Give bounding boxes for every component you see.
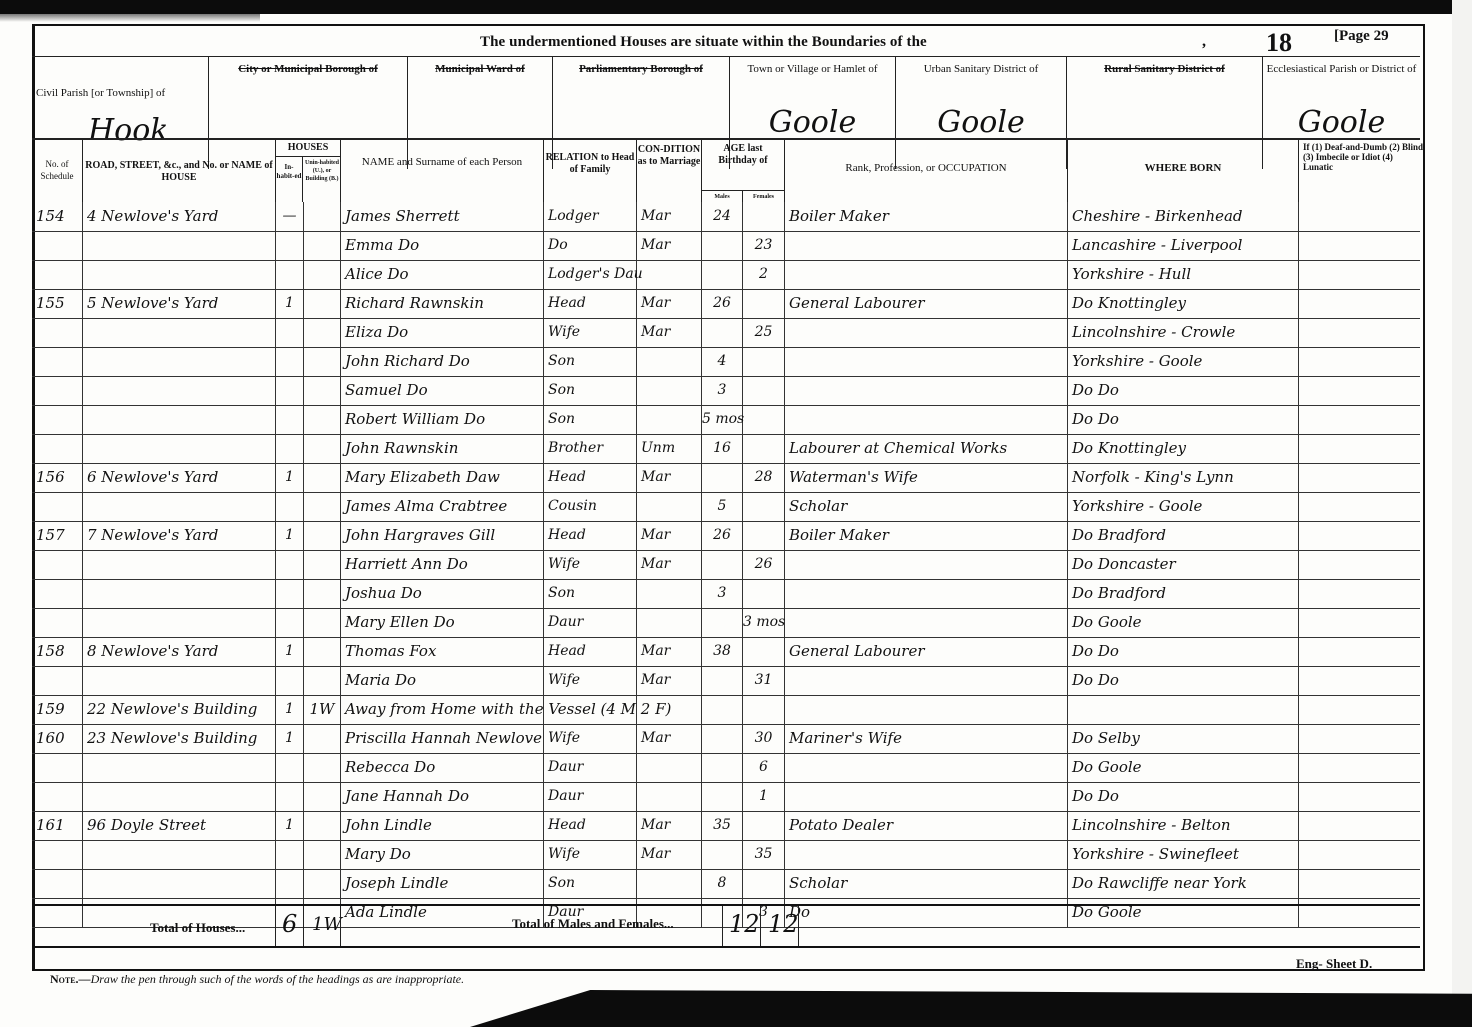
cell-infirmity: [1299, 608, 1420, 637]
cell-birthplace: Yorkshire - Goole: [1068, 492, 1299, 521]
census-enumeration-sheet: The undermentioned Houses are situate wi…: [32, 24, 1422, 974]
cell-relation: Lodger's Dau: [544, 260, 637, 289]
page-number: [Page 29: [1334, 28, 1389, 45]
cell-address: 23 Newlove's Building: [83, 724, 276, 753]
cell-inhabited: [276, 579, 304, 608]
cell-uninhabited: [304, 608, 341, 637]
table-row: 16196 Doyle Street1John LindleHeadMar35P…: [32, 811, 1420, 841]
cell-inhabited: [276, 608, 304, 637]
cell-occupation: [785, 376, 1068, 405]
cell-uninhabited: [304, 318, 341, 347]
cell-name: Mary Do: [341, 840, 544, 869]
cell-schedule: [32, 753, 83, 782]
cell-address: 5 Newlove's Yard: [83, 289, 276, 318]
cell-schedule: [32, 550, 83, 579]
cell-uninhabited: [304, 753, 341, 782]
cell-inhabited: [276, 231, 304, 260]
cell-inhabited: [276, 840, 304, 869]
cell-female-age: 28: [743, 463, 785, 492]
cell-name: James Alma Crabtree: [341, 492, 544, 521]
cell-condition: Mar: [637, 202, 702, 231]
cell-inhabited: [276, 376, 304, 405]
cell-schedule: [32, 840, 83, 869]
cell-condition: Mar: [637, 231, 702, 260]
cell-uninhabited: [304, 347, 341, 376]
cell-address: [83, 579, 276, 608]
cell-name: Alice Do: [341, 260, 544, 289]
cell-inhabited: 1: [276, 811, 304, 840]
cell-inhabited: [276, 782, 304, 811]
total-inhabited: 6: [282, 910, 297, 938]
cell-relation: Son: [544, 579, 637, 608]
cell-schedule: [32, 579, 83, 608]
cell-condition: Mar: [637, 550, 702, 579]
cell-female-age: 31: [743, 666, 785, 695]
cell-infirmity: [1299, 637, 1420, 666]
cell-address: [83, 753, 276, 782]
cell-female-age: 3 mos: [743, 608, 785, 637]
cell-condition: Mar: [637, 318, 702, 347]
col-header-houses: HOUSES In-habit-ed Unin-habited (U.), or…: [276, 140, 341, 202]
cell-uninhabited: [304, 260, 341, 289]
cell-occupation: [785, 695, 1068, 724]
cell-birthplace: Do Goole: [1068, 753, 1299, 782]
cell-occupation: [785, 840, 1068, 869]
total-females: 12: [768, 910, 799, 938]
table-row: 1566 Newlove's Yard1Mary Elizabeth DawHe…: [32, 463, 1420, 493]
table-row: Emma DoDoMar23Lancashire - Liverpool: [32, 231, 1420, 261]
cell-uninhabited: [304, 811, 341, 840]
cell-birthplace: Do Doncaster: [1068, 550, 1299, 579]
cell-infirmity: [1299, 405, 1420, 434]
boundary-label: Ecclesiastical Parish or District of: [1263, 63, 1420, 76]
cell-male-age: [702, 318, 743, 347]
cell-occupation: [785, 579, 1068, 608]
cell-address: [83, 231, 276, 260]
cell-relation: Son: [544, 347, 637, 376]
cell-birthplace: Lancashire - Liverpool: [1068, 231, 1299, 260]
cell-name: John Lindle: [341, 811, 544, 840]
cell-birthplace: Lincolnshire - Belton: [1068, 811, 1299, 840]
cell-name: Jane Hannah Do: [341, 782, 544, 811]
cell-relation: Son: [544, 376, 637, 405]
cell-uninhabited: [304, 666, 341, 695]
cell-female-age: 6: [743, 753, 785, 782]
cell-schedule: 156: [32, 463, 83, 492]
cell-birthplace: Do Selby: [1068, 724, 1299, 753]
cell-inhabited: [276, 434, 304, 463]
table-row: Rebecca DoDaur6Do Goole: [32, 753, 1420, 783]
cell-male-age: 16: [702, 434, 743, 463]
cell-male-age: 5: [702, 492, 743, 521]
cell-address: [83, 434, 276, 463]
cell-address: [83, 550, 276, 579]
scan-bottom-edge: [470, 990, 1472, 1027]
cell-male-age: 24: [702, 202, 743, 231]
cell-uninhabited: [304, 724, 341, 753]
cell-infirmity: [1299, 231, 1420, 260]
cell-male-age: [702, 463, 743, 492]
cell-occupation: Labourer at Chemical Works: [785, 434, 1068, 463]
cell-female-age: 1: [743, 782, 785, 811]
cell-condition: [637, 492, 702, 521]
cell-name: John Richard Do: [341, 347, 544, 376]
cell-address: [83, 666, 276, 695]
total-persons-label: Total of Males and Females...: [512, 916, 674, 932]
cell-name: Richard Rawnskin: [341, 289, 544, 318]
cell-address: 8 Newlove's Yard: [83, 637, 276, 666]
cell-uninhabited: [304, 463, 341, 492]
cell-address: [83, 318, 276, 347]
cell-birthplace: Do Do: [1068, 782, 1299, 811]
table-row: Joseph LindleSon8ScholarDo Rawcliffe nea…: [32, 869, 1420, 899]
cell-relation: Head: [544, 811, 637, 840]
cell-male-age: [702, 840, 743, 869]
cell-name: Robert William Do: [341, 405, 544, 434]
cell-male-age: [702, 753, 743, 782]
cell-name: Joseph Lindle: [341, 869, 544, 898]
cell-male-age: 8: [702, 869, 743, 898]
cell-inhabited: 1: [276, 463, 304, 492]
col-header-infirmity: If (1) Deaf-and-Dumb (2) Blind (3) Imbec…: [1299, 140, 1424, 200]
table-row: Mary DoWifeMar35Yorkshire - Swinefleet: [32, 840, 1420, 870]
cell-male-age: 26: [702, 289, 743, 318]
cell-name: John Hargraves Gill: [341, 521, 544, 550]
cell-name: Samuel Do: [341, 376, 544, 405]
col-header-schedule: No. of Schedule: [32, 140, 83, 202]
cell-female-age: [743, 811, 785, 840]
cell-inhabited: 1: [276, 289, 304, 318]
cell-infirmity: [1299, 782, 1420, 811]
cell-schedule: [32, 405, 83, 434]
cell-male-age: 4: [702, 347, 743, 376]
cell-condition: [637, 405, 702, 434]
cell-birthplace: Yorkshire - Goole: [1068, 347, 1299, 376]
cell-female-age: [743, 637, 785, 666]
table-row: Joshua DoSon3Do Bradford: [32, 579, 1420, 609]
banner-comma: ,: [1202, 33, 1206, 51]
cell-inhabited: [276, 869, 304, 898]
cell-infirmity: [1299, 318, 1420, 347]
cell-condition: [637, 579, 702, 608]
cell-female-age: 35: [743, 840, 785, 869]
table-row: Harriett Ann DoWifeMar26Do Doncaster: [32, 550, 1420, 580]
totals-row: Total of Houses... 6 1W Total of Males a…: [32, 904, 1420, 948]
footnote: Note.—Draw the pen through such of the w…: [50, 972, 464, 987]
cell-address: [83, 608, 276, 637]
cell-occupation: Boiler Maker: [785, 521, 1068, 550]
cell-occupation: [785, 666, 1068, 695]
cell-relation: Wife: [544, 666, 637, 695]
cell-relation: Head: [544, 521, 637, 550]
cell-address: [83, 869, 276, 898]
cell-name: Joshua Do: [341, 579, 544, 608]
cell-schedule: [32, 782, 83, 811]
cell-occupation: [785, 347, 1068, 376]
cell-uninhabited: [304, 579, 341, 608]
cell-condition: [637, 869, 702, 898]
col-header-birthplace: WHERE BORN: [1068, 140, 1299, 202]
cell-birthplace: Do Goole: [1068, 608, 1299, 637]
cell-uninhabited: [304, 550, 341, 579]
cell-name: Rebecca Do: [341, 753, 544, 782]
cell-infirmity: [1299, 666, 1420, 695]
cell-condition: Mar: [637, 724, 702, 753]
cell-infirmity: [1299, 550, 1420, 579]
cell-condition: Mar: [637, 289, 702, 318]
cell-infirmity: [1299, 811, 1420, 840]
cell-infirmity: [1299, 463, 1420, 492]
cell-address: [83, 347, 276, 376]
cell-inhabited: [276, 550, 304, 579]
folio-number: 18: [1266, 28, 1292, 58]
sheet-designation: Eng- Sheet D.: [1296, 956, 1372, 972]
cell-birthplace: [1068, 695, 1299, 724]
cell-male-age: [702, 608, 743, 637]
table-row: Mary Ellen DoDaur3 mosDo Goole: [32, 608, 1420, 638]
boundary-label: Rural Sanitary District of: [1067, 63, 1262, 76]
cell-uninhabited: [304, 202, 341, 231]
cell-infirmity: [1299, 695, 1420, 724]
boundary-value: Goole: [1263, 105, 1420, 140]
cell-name: Away from Home with the Vessel (4 M 2 F): [341, 695, 544, 724]
cell-birthplace: Do Bradford: [1068, 521, 1299, 550]
cell-female-age: [743, 492, 785, 521]
cell-schedule: [32, 231, 83, 260]
cell-occupation: Boiler Maker: [785, 202, 1068, 231]
cell-infirmity: [1299, 492, 1420, 521]
cell-condition: Unm: [637, 434, 702, 463]
cell-address: [83, 782, 276, 811]
cell-relation: Lodger: [544, 202, 637, 231]
col-header-age: AGE last Birthday of Males Females: [702, 140, 785, 202]
table-row: 1588 Newlove's Yard1Thomas FoxHeadMar38G…: [32, 637, 1420, 667]
cell-birthplace: Yorkshire - Swinefleet: [1068, 840, 1299, 869]
cell-occupation: [785, 608, 1068, 637]
cell-condition: Mar: [637, 637, 702, 666]
boundary-label: Town or Village or Hamlet of: [730, 63, 895, 76]
cell-occupation: [785, 260, 1068, 289]
cell-inhabited: 1: [276, 695, 304, 724]
table-row: Jane Hannah DoDaur1Do Do: [32, 782, 1420, 812]
cell-occupation: Potato Dealer: [785, 811, 1068, 840]
cell-female-age: 26: [743, 550, 785, 579]
cell-male-age: [702, 695, 743, 724]
cell-schedule: 157: [32, 521, 83, 550]
cell-male-age: [702, 782, 743, 811]
cell-address: 7 Newlove's Yard: [83, 521, 276, 550]
cell-schedule: [32, 666, 83, 695]
cell-name: Mary Elizabeth Daw: [341, 463, 544, 492]
cell-infirmity: [1299, 579, 1420, 608]
banner-title: The undermentioned Houses are situate wi…: [480, 34, 927, 51]
cell-relation: Son: [544, 405, 637, 434]
cell-name: Eliza Do: [341, 318, 544, 347]
cell-relation: Head: [544, 463, 637, 492]
cell-uninhabited: [304, 782, 341, 811]
cell-relation: Wife: [544, 318, 637, 347]
cell-occupation: Scholar: [785, 869, 1068, 898]
cell-male-age: [702, 550, 743, 579]
cell-birthplace: Do Knottingley: [1068, 289, 1299, 318]
cell-female-age: 23: [743, 231, 785, 260]
cell-relation: Wife: [544, 840, 637, 869]
cell-occupation: [785, 231, 1068, 260]
boundary-label: City or Municipal Borough of: [209, 63, 407, 76]
cell-condition: [637, 260, 702, 289]
cell-address: 22 Newlove's Building: [83, 695, 276, 724]
col-header-uninhabited: Unin-habited (U.), or Building (B.): [304, 157, 340, 202]
cell-name: John Rawnskin: [341, 434, 544, 463]
scan-right-margin: [1452, 0, 1472, 1027]
cell-female-age: [743, 202, 785, 231]
cell-male-age: [702, 724, 743, 753]
cell-occupation: Waterman's Wife: [785, 463, 1068, 492]
boundary-label: Civil Parish [or Township] of: [32, 87, 208, 100]
cell-female-age: 25: [743, 318, 785, 347]
col-header-condition: CON-DITION as to Marriage: [637, 140, 702, 202]
col-header-inhabited: In-habit-ed: [276, 157, 303, 202]
cell-infirmity: [1299, 260, 1420, 289]
sheet-banner: The undermentioned Houses are situate wi…: [32, 24, 1420, 57]
cell-inhabited: —: [276, 202, 304, 231]
cell-condition: Mar: [637, 666, 702, 695]
cell-schedule: 160: [32, 724, 83, 753]
cell-name: Maria Do: [341, 666, 544, 695]
cell-address: [83, 492, 276, 521]
cell-infirmity: [1299, 376, 1420, 405]
cell-uninhabited: [304, 434, 341, 463]
scan-top-shadow: [0, 14, 260, 22]
cell-uninhabited: [304, 521, 341, 550]
cell-uninhabited: [304, 289, 341, 318]
cell-inhabited: 1: [276, 637, 304, 666]
cell-name: Emma Do: [341, 231, 544, 260]
cell-female-age: [743, 579, 785, 608]
table-row: Alice DoLodger's Dau2Yorkshire - Hull: [32, 260, 1420, 290]
cell-inhabited: 1: [276, 724, 304, 753]
cell-condition: Mar: [637, 811, 702, 840]
cell-schedule: [32, 492, 83, 521]
cell-occupation: Scholar: [785, 492, 1068, 521]
cell-infirmity: [1299, 347, 1420, 376]
cell-uninhabited: [304, 231, 341, 260]
cell-name: James Sherrett: [341, 202, 544, 231]
boundary-label: Urban Sanitary District of: [896, 63, 1066, 76]
cell-female-age: [743, 695, 785, 724]
cell-condition: [637, 347, 702, 376]
cell-male-age: [702, 231, 743, 260]
cell-uninhabited: 1W: [304, 695, 341, 724]
boundary-value: Goole: [896, 105, 1066, 140]
cell-inhabited: [276, 492, 304, 521]
cell-female-age: [743, 376, 785, 405]
total-houses-label: Total of Houses...: [150, 920, 245, 936]
cell-relation: Daur: [544, 782, 637, 811]
cell-infirmity: [1299, 202, 1420, 231]
cell-schedule: [32, 608, 83, 637]
table-row: 16023 Newlove's Building1Priscilla Hanna…: [32, 724, 1420, 754]
col-header-name: NAME and Surname of each Person: [341, 140, 544, 202]
boundary-label: Municipal Ward of: [408, 63, 552, 76]
cell-birthplace: Do Knottingley: [1068, 434, 1299, 463]
cell-inhabited: [276, 405, 304, 434]
cell-schedule: 154: [32, 202, 83, 231]
cell-condition: Mar: [637, 521, 702, 550]
cell-occupation: [785, 782, 1068, 811]
table-row: John Richard DoSon4Yorkshire - Goole: [32, 347, 1420, 377]
cell-male-age: 35: [702, 811, 743, 840]
table-row: 1555 Newlove's Yard1Richard RawnskinHead…: [32, 289, 1420, 319]
cell-condition: [637, 376, 702, 405]
total-uninhabited: 1W: [312, 914, 342, 935]
cell-birthplace: Do Do: [1068, 376, 1299, 405]
cell-male-age: 26: [702, 521, 743, 550]
cell-address: 4 Newlove's Yard: [83, 202, 276, 231]
cell-schedule: [32, 347, 83, 376]
cell-schedule: 155: [32, 289, 83, 318]
cell-infirmity: [1299, 289, 1420, 318]
cell-inhabited: 1: [276, 521, 304, 550]
table-row: Maria DoWifeMar31Do Do: [32, 666, 1420, 696]
table-row: Eliza DoWifeMar25Lincolnshire - Crowle: [32, 318, 1420, 348]
cell-name: Mary Ellen Do: [341, 608, 544, 637]
cell-birthplace: Do Do: [1068, 637, 1299, 666]
cell-schedule: [32, 376, 83, 405]
cell-condition: Mar: [637, 840, 702, 869]
cell-relation: Daur: [544, 608, 637, 637]
cell-inhabited: [276, 753, 304, 782]
col-header-relation: RELATION to Head of Family: [544, 140, 637, 202]
cell-occupation: General Labourer: [785, 289, 1068, 318]
cell-birthplace: Do Do: [1068, 405, 1299, 434]
cell-female-age: [743, 869, 785, 898]
cell-uninhabited: [304, 405, 341, 434]
cell-birthplace: Do Rawcliffe near York: [1068, 869, 1299, 898]
cell-uninhabited: [304, 840, 341, 869]
cell-male-age: 5 mos: [702, 405, 743, 434]
cell-relation: Do: [544, 231, 637, 260]
cell-address: [83, 376, 276, 405]
cell-schedule: [32, 260, 83, 289]
cell-schedule: 158: [32, 637, 83, 666]
cell-schedule: [32, 434, 83, 463]
cell-uninhabited: [304, 376, 341, 405]
cell-female-age: [743, 434, 785, 463]
cell-uninhabited: [304, 492, 341, 521]
col-header-address: ROAD, STREET, &c., and No. or NAME of HO…: [83, 140, 276, 202]
cell-occupation: [785, 318, 1068, 347]
cell-infirmity: [1299, 434, 1420, 463]
cell-occupation: [785, 550, 1068, 579]
cell-birthplace: Yorkshire - Hull: [1068, 260, 1299, 289]
cell-occupation: [785, 405, 1068, 434]
cell-female-age: [743, 521, 785, 550]
cell-schedule: [32, 869, 83, 898]
cell-address: [83, 840, 276, 869]
cell-male-age: 3: [702, 376, 743, 405]
total-males: 12: [729, 910, 760, 938]
cell-schedule: 159: [32, 695, 83, 724]
boundary-label: Parliamentary Borough of: [553, 63, 729, 76]
cell-infirmity: [1299, 869, 1420, 898]
cell-uninhabited: [304, 637, 341, 666]
cell-inhabited: [276, 347, 304, 376]
cell-birthplace: Cheshire - Birkenhead: [1068, 202, 1299, 231]
table-row: Robert William DoSon5 mosDo Do: [32, 405, 1420, 435]
cell-condition: [637, 753, 702, 782]
table-row: 1577 Newlove's Yard1John Hargraves GillH…: [32, 521, 1420, 551]
